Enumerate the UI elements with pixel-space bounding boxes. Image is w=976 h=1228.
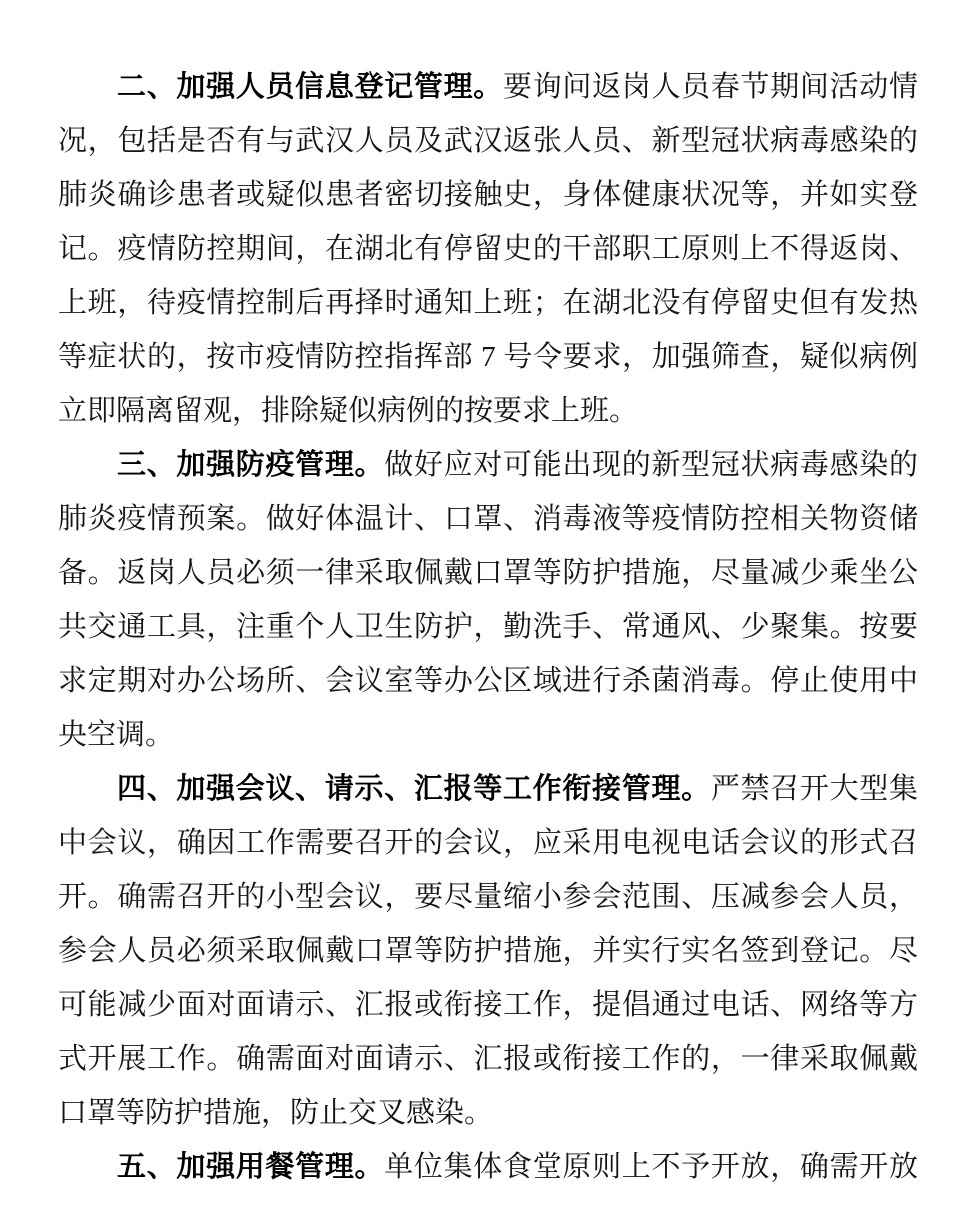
text-line: 中会议，确因工作需要召开的会议，应采用电视电话会议的形式召 (58, 816, 918, 870)
body-text: 央空调。 (58, 719, 174, 751)
text-line: 记。疫情防控期间，在湖北有停留史的干部职工原则上不得返岗、 (58, 222, 918, 276)
body-text: 式开展工作。确需面对面请示、汇报或衔接工作的，一律采取佩戴 (58, 1043, 918, 1075)
text-line: 央空调。 (58, 708, 918, 762)
heading-section-3: 三、加强防疫管理。 (117, 449, 384, 481)
body-text: 等症状的，按市疫情防控指挥部 7 号令要求，加强筛查，疑似病例 (58, 341, 918, 373)
body-text: 求定期对办公场所、会议室等办公区域进行杀菌消毒。停止使用中 (58, 665, 918, 697)
text-line: 肺炎确诊患者或疑似患者密切接触史，身体健康状况等，并如实登 (58, 168, 918, 222)
body-text: 上班，待疫情控制后再择时通知上班；在湖北没有停留史但有发热 (58, 287, 918, 319)
heading-section-2: 二、加强人员信息登记管理。 (117, 71, 503, 103)
text-line: 备。返岗人员必须一律采取佩戴口罩等防护措施，尽量减少乘坐公 (58, 546, 918, 600)
body-text: 共交通工具，注重个人卫生防护，勤洗手、常通风、少聚集。按要 (58, 611, 918, 643)
body-text: 中会议，确因工作需要召开的会议，应采用电视电话会议的形式召 (58, 827, 918, 859)
body-text: 立即隔离留观，排除疑似病例的按要求上班。 (58, 395, 638, 427)
text-line: 立即隔离留观，排除疑似病例的按要求上班。 (58, 384, 918, 438)
text-line: 口罩等防护措施，防止交叉感染。 (58, 1086, 918, 1140)
body-text: 况，包括是否有与武汉人员及武汉返张人员、新型冠状病毒感染的 (58, 125, 918, 157)
body-text: 单位集体食堂原则上不予开放，确需开放 (384, 1151, 918, 1183)
text-line: 五、加强用餐管理。单位集体食堂原则上不予开放，确需开放 (58, 1140, 918, 1194)
document-page: 二、加强人员信息登记管理。要询问返岗人员春节期间活动情 况，包括是否有与武汉人员… (0, 0, 976, 1228)
heading-section-5: 五、加强用餐管理。 (117, 1151, 384, 1183)
text-line: 式开展工作。确需面对面请示、汇报或衔接工作的，一律采取佩戴 (58, 1032, 918, 1086)
text-line: 三、加强防疫管理。做好应对可能出现的新型冠状病毒感染的 (58, 438, 918, 492)
body-text: 口罩等防护措施，防止交叉感染。 (58, 1097, 493, 1129)
text-line: 求定期对办公场所、会议室等办公区域进行杀菌消毒。停止使用中 (58, 654, 918, 708)
text-line: 二、加强人员信息登记管理。要询问返岗人员春节期间活动情 (58, 60, 918, 114)
text-line: 四、加强会议、请示、汇报等工作衔接管理。严禁召开大型集 (58, 762, 918, 816)
body-text: 肺炎确诊患者或疑似患者密切接触史，身体健康状况等，并如实登 (58, 179, 918, 211)
text-line: 共交通工具，注重个人卫生防护，勤洗手、常通风、少聚集。按要 (58, 600, 918, 654)
text-line: 开。确需召开的小型会议，要尽量缩小参会范围、压减参会人员， (58, 870, 918, 924)
body-text: 备。返岗人员必须一律采取佩戴口罩等防护措施，尽量减少乘坐公 (58, 557, 918, 589)
text-line: 可能减少面对面请示、汇报或衔接工作，提倡通过电话、网络等方 (58, 978, 918, 1032)
body-text: 可能减少面对面请示、汇报或衔接工作，提倡通过电话、网络等方 (58, 989, 918, 1021)
body-text: 记。疫情防控期间，在湖北有停留史的干部职工原则上不得返岗、 (58, 233, 918, 265)
body-text: 要询问返岗人员春节期间活动情 (503, 71, 918, 103)
text-line: 等症状的，按市疫情防控指挥部 7 号令要求，加强筛查，疑似病例 (58, 330, 918, 384)
text-line: 肺炎疫情预案。做好体温计、口罩、消毒液等疫情防控相关物资储 (58, 492, 918, 546)
text-line: 况，包括是否有与武汉人员及武汉返张人员、新型冠状病毒感染的 (58, 114, 918, 168)
heading-section-4: 四、加强会议、请示、汇报等工作衔接管理。 (117, 773, 711, 805)
body-text: 参会人员必须采取佩戴口罩等防护措施，并实行实名签到登记。尽 (58, 935, 918, 967)
body-text: 开。确需召开的小型会议，要尽量缩小参会范围、压减参会人员， (58, 881, 918, 913)
body-text: 严禁召开大型集 (711, 773, 918, 805)
text-line: 参会人员必须采取佩戴口罩等防护措施，并实行实名签到登记。尽 (58, 924, 918, 978)
body-text: 肺炎疫情预案。做好体温计、口罩、消毒液等疫情防控相关物资储 (58, 503, 918, 535)
body-text: 做好应对可能出现的新型冠状病毒感染的 (384, 449, 918, 481)
text-line: 上班，待疫情控制后再择时通知上班；在湖北没有停留史但有发热 (58, 276, 918, 330)
